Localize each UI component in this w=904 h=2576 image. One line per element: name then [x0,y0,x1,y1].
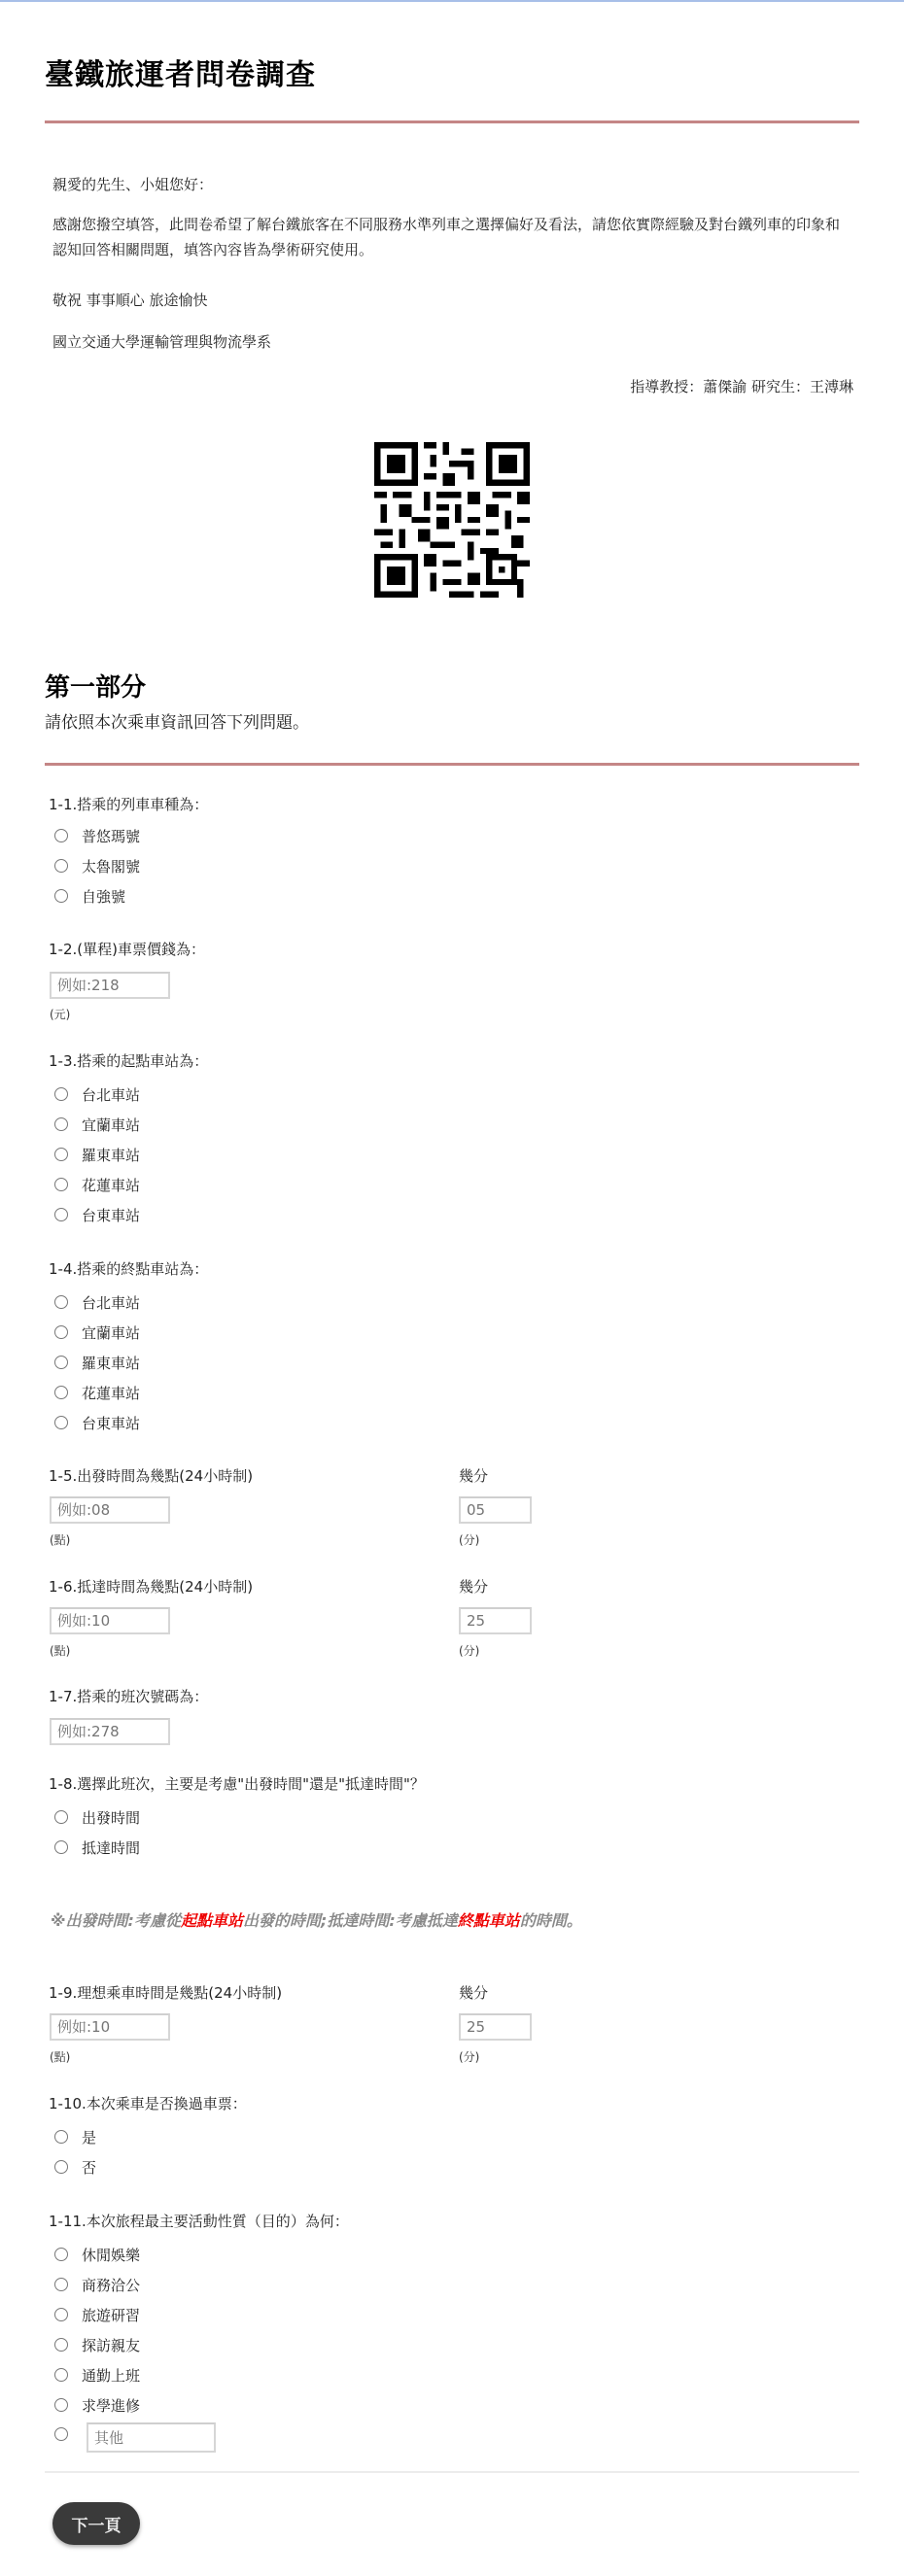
radio-option[interactable]: 是 [54,2126,96,2147]
question-1-4-label: 1-4.搭乘的終點車站為： [49,1258,208,1279]
radio-icon[interactable] [54,889,68,903]
minute-label: 幾分 [459,1465,488,1486]
radio-option[interactable]: 花蓮車站 [54,1174,140,1195]
ideal-minute-input[interactable] [459,2013,532,2041]
radio-icon[interactable] [54,859,68,873]
radio-option-other[interactable] [54,2423,82,2445]
section-divider [45,763,859,766]
radio-icon[interactable] [54,1325,68,1339]
radio-option[interactable]: 宜蘭車站 [54,1322,140,1343]
radio-icon[interactable] [54,1295,68,1309]
departure-minute-input[interactable] [459,1496,532,1524]
radio-icon[interactable] [54,2308,68,2321]
other-purpose-input[interactable] [87,2422,216,2453]
question-1-9-label: 1-9.理想乘車時間是幾點(24小時制) [49,1982,282,2003]
radio-option[interactable]: 花蓮車站 [54,1382,140,1403]
title-divider [45,120,859,123]
radio-icon[interactable] [54,1840,68,1854]
radio-icon[interactable] [54,2248,68,2261]
radio-option[interactable]: 宜蘭車站 [54,1114,140,1135]
radio-option[interactable]: 台東車站 [54,1412,140,1433]
unit-label: (分) [459,2048,479,2065]
radio-icon[interactable] [54,2278,68,2291]
radio-icon[interactable] [54,1087,68,1101]
question-1-1-label: 1-1.搭乘的列車車種為： [49,794,208,814]
question-1-3-label: 1-3.搭乘的起點車站為： [49,1050,208,1071]
minute-label: 幾分 [459,1576,488,1597]
radio-option[interactable]: 抵達時間 [54,1837,140,1858]
radio-option[interactable]: 出發時間 [54,1806,140,1828]
department-text: 國立交通大學運輸管理與物流學系 [52,331,271,352]
unit-label: (元) [50,1006,70,1022]
radio-option[interactable]: 旅遊研習 [54,2304,140,2325]
radio-option[interactable]: 休閒娛樂 [54,2244,140,2265]
closing-text: 敬祝 事事順心 旅途愉快 [52,290,208,310]
radio-option[interactable]: 台東車站 [54,1204,140,1225]
radio-icon[interactable] [54,1117,68,1131]
unit-label: (點) [50,1531,70,1548]
radio-icon[interactable] [54,829,68,842]
question-1-11-label: 1-11.本次旅程最主要活動性質（目的）為何： [49,2211,349,2231]
ideal-hour-input[interactable] [50,2013,170,2041]
unit-label: (點) [50,1642,70,1659]
question-1-6-label: 1-6.抵達時間為幾點(24小時制) [49,1576,253,1597]
question-1-10-label: 1-10.本次乘車是否換過車票： [49,2093,247,2113]
question-1-8-label: 1-8.選擇此班次，主要是考慮"出發時間"還是"抵達時間"？ [49,1773,425,1794]
radio-icon[interactable] [54,1208,68,1221]
radio-icon[interactable] [54,1178,68,1191]
radio-icon[interactable] [54,1356,68,1369]
radio-icon[interactable] [54,1386,68,1399]
radio-icon[interactable] [54,1148,68,1161]
radio-icon[interactable] [54,1416,68,1429]
radio-option[interactable]: 羅東車站 [54,1144,140,1165]
question-1-2-label: 1-2.(單程)車票價錢為： [49,939,205,959]
footer-divider [45,2471,859,2473]
radio-option[interactable]: 商務洽公 [54,2274,140,2295]
radio-option[interactable]: 求學進修 [54,2394,140,2416]
next-page-button[interactable]: 下一頁 [52,2502,140,2545]
radio-icon[interactable] [54,1810,68,1824]
unit-label: (點) [50,2048,70,2065]
question-1-5-label: 1-5.出發時間為幾點(24小時制) [49,1465,253,1486]
radio-option[interactable]: 否 [54,2156,96,2178]
unit-label: (分) [459,1642,479,1659]
section-title: 第一部分 [45,668,146,704]
minute-label: 幾分 [459,1982,488,2003]
intro-body-text: 感謝您撥空填答，此問卷希望了解台鐵旅客在不同服務水準列車之選擇偏好及看法，請您依… [52,212,850,262]
radio-icon[interactable] [54,2398,68,2412]
radio-option[interactable]: 通勤上班 [54,2364,140,2386]
radio-icon[interactable] [54,2160,68,2174]
radio-option[interactable]: 羅東車站 [54,1352,140,1373]
arrival-minute-input[interactable] [459,1607,532,1634]
question-1-7-label: 1-7.搭乘的班次號碼為： [49,1686,208,1706]
unit-label: (分) [459,1531,479,1548]
greeting-text: 親愛的先生、小姐您好： [52,174,213,194]
train-number-input[interactable] [50,1718,170,1745]
radio-icon[interactable] [54,2130,68,2144]
arrival-hour-input[interactable] [50,1607,170,1634]
time-definition-note: ※出發時間:考慮從起點車站出發的時間;抵達時間:考慮抵達終點車站的時間。 [51,1908,582,1931]
departure-hour-input[interactable] [50,1496,170,1524]
section-subtitle: 請依照本次乘車資訊回答下列問題。 [45,708,309,733]
radio-option[interactable]: 自強號 [54,885,125,907]
ticket-price-input[interactable] [50,972,170,999]
advisor-signature: 指導教授：蕭傑諭 研究生：王溥琳 [630,376,853,396]
radio-option[interactable]: 普悠瑪號 [54,825,140,846]
radio-icon[interactable] [54,2368,68,2382]
page-title: 臺鐵旅運者問卷調查 [45,51,316,93]
radio-option[interactable]: 探訪親友 [54,2334,140,2355]
radio-option[interactable]: 台北車站 [54,1083,140,1105]
radio-option[interactable]: 台北車站 [54,1291,140,1313]
qr-code-image [374,442,530,598]
radio-icon[interactable] [54,2338,68,2352]
radio-icon[interactable] [54,2427,68,2441]
radio-option[interactable]: 太魯閣號 [54,855,140,876]
